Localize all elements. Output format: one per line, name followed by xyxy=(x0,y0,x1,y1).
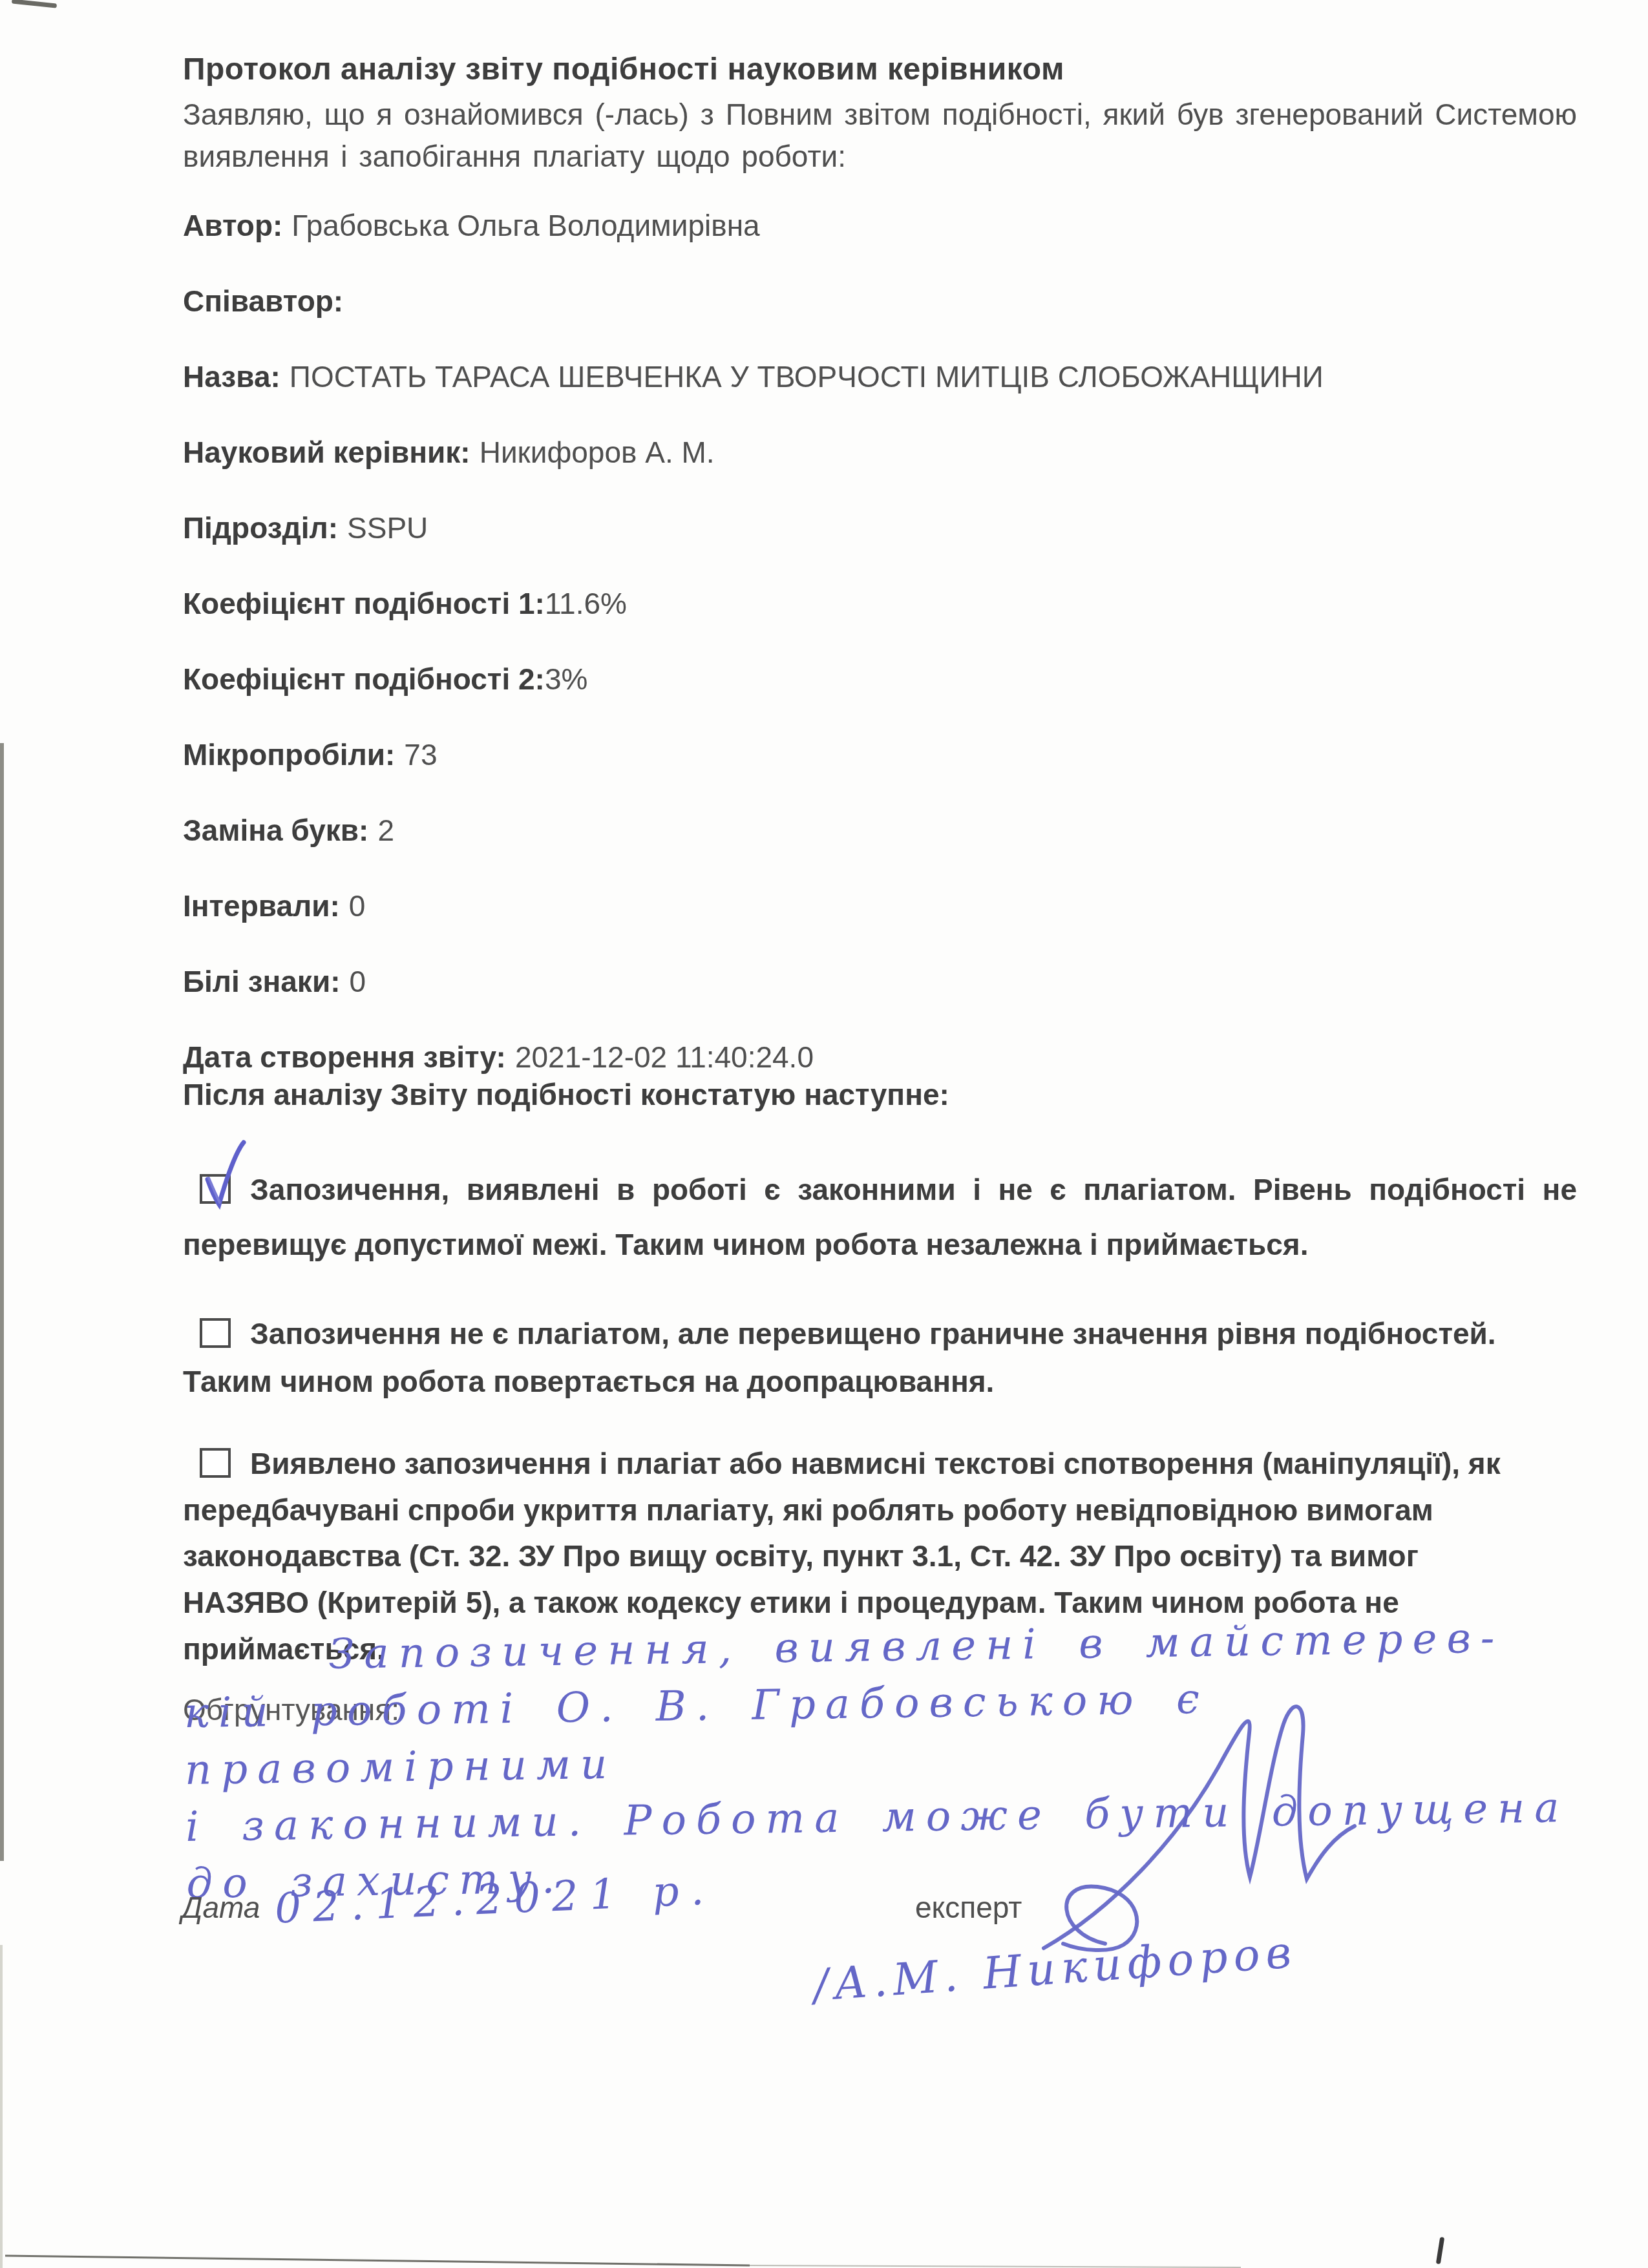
field-author-value: Грабовська Ольга Володимирівна xyxy=(291,209,759,242)
field-coauthor-label: Співавтор: xyxy=(183,284,343,318)
option-borrowings-legal: Запозичення, виявлені в роботі є законни… xyxy=(183,1162,1577,1272)
field-microspaces: Мікропробіли:73 xyxy=(183,737,1577,772)
field-report-created-date: Дата створення звіту:2021-12-02 11:40:24… xyxy=(183,1040,1577,1075)
field-supervisor: Науковий керівник:Никифоров А. М. xyxy=(183,435,1577,470)
field-white-signs-label: Білі знаки: xyxy=(183,965,340,998)
field-supervisor-label: Науковий керівник: xyxy=(183,436,470,469)
field-similarity-1-label: Коефіцієнт подібності 1: xyxy=(183,587,545,620)
field-similarity-2-value: 3% xyxy=(545,662,587,696)
field-department: Підрозділ:SSPU xyxy=(183,510,1577,545)
field-author: Автор:Грабовська Ольга Володимирівна xyxy=(183,208,1577,243)
justification-handwriting-line: кій роботі О. В. Грабовською є правомірн… xyxy=(184,1664,1648,1799)
field-letter-substitution-value: 2 xyxy=(377,814,394,847)
field-coauthor: Співавтор: xyxy=(183,284,1577,319)
scanned-protocol-page: Протокол аналізу звіту подібності науков… xyxy=(0,0,1648,2268)
scan-edge-bottom-line xyxy=(0,2245,1293,2268)
expert-signature-icon xyxy=(1028,1686,1389,1964)
field-department-value: SSPU xyxy=(347,511,428,545)
statement-heading: Після аналізу Звіту подібності констатую… xyxy=(183,1077,1577,1112)
option-exceeds-threshold: Запозичення не є плагіатом, але перевище… xyxy=(183,1310,1577,1406)
field-microspaces-label: Мікропробіли: xyxy=(183,738,395,772)
field-similarity-1-value: 11.6% xyxy=(545,587,627,620)
field-intervals-label: Інтервали: xyxy=(183,889,340,923)
field-work-title: Назва:ПОСТАТЬ ТАРАСА ШЕВЧЕНКА У ТВОРЧОСТ… xyxy=(183,359,1577,394)
checkbox-option-3[interactable] xyxy=(200,1448,231,1478)
expert-label: експерт xyxy=(915,1890,1022,1925)
scan-edge-left-dark xyxy=(0,743,4,1861)
field-white-signs: Білі знаки:0 xyxy=(183,964,1577,999)
checkbox-option-1[interactable] xyxy=(200,1174,231,1204)
field-work-title-value: ПОСТАТЬ ТАРАСА ШЕВЧЕНКА У ТВОРЧОСТІ МИТЦ… xyxy=(290,360,1324,394)
justification-handwriting: Запозичення, виявлені в майстерев- кій р… xyxy=(183,1608,1648,1913)
scan-mark-top-left xyxy=(12,0,57,8)
field-letter-substitution-label: Заміна букв: xyxy=(183,814,368,847)
field-report-created-date-label: Дата створення звіту: xyxy=(183,1040,506,1074)
field-similarity-coefficient-1: Коефіцієнт подібності 1:11.6% xyxy=(183,586,1577,621)
checkbox-option-2[interactable] xyxy=(200,1318,231,1348)
date-label: Дата xyxy=(182,1890,260,1925)
field-similarity-2-label: Коефіцієнт подібності 2: xyxy=(183,662,545,696)
field-intervals: Інтервали:0 xyxy=(183,888,1577,923)
field-similarity-coefficient-2: Коефіцієнт подібності 2:3% xyxy=(183,662,1577,697)
option-1-text: Запозичення, виявлені в роботі є законни… xyxy=(183,1173,1577,1261)
ink-speck-bottom-right xyxy=(1436,2237,1444,2265)
field-author-label: Автор: xyxy=(183,209,282,242)
option-2-text: Запозичення не є плагіатом, але перевище… xyxy=(183,1317,1496,1399)
check-icon xyxy=(201,1139,249,1212)
field-report-created-date-value: 2021-12-02 11:40:24.0 xyxy=(515,1040,814,1074)
field-supervisor-value: Никифоров А. М. xyxy=(480,436,715,469)
page-title: Протокол аналізу звіту подібності науков… xyxy=(183,52,1577,87)
field-intervals-value: 0 xyxy=(349,889,366,923)
field-department-label: Підрозділ: xyxy=(183,511,338,545)
field-white-signs-value: 0 xyxy=(349,965,366,998)
intro-paragraph: Заявляю, що я ознайомився (-лась) з Повн… xyxy=(183,94,1577,178)
scan-edge-left-faint xyxy=(0,1945,3,2268)
field-microspaces-value: 73 xyxy=(404,738,437,772)
field-work-title-label: Назва: xyxy=(183,360,280,394)
field-letter-substitution: Заміна букв:2 xyxy=(183,813,1577,848)
